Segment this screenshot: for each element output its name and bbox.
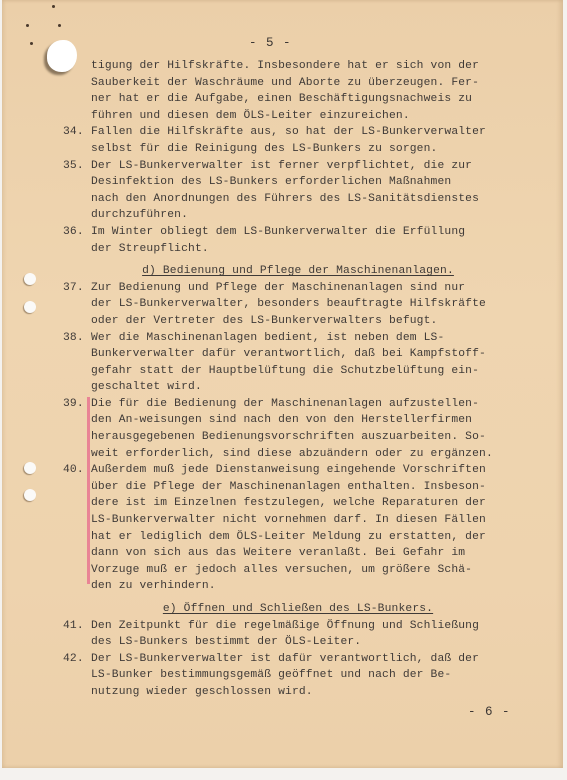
- paragraph-41: 41. Den Zeitpunkt für die regelmäßige Öf…: [63, 618, 533, 651]
- paragraph-38: 38. Wer die Maschinenanlagen bedient, is…: [63, 330, 533, 396]
- section-e-heading: e) Öffnen und Schließen des LS-Bunkers.: [63, 601, 533, 618]
- page-number-top: - 5 -: [249, 36, 292, 50]
- punch-hole: [24, 462, 36, 474]
- speck: [30, 42, 33, 45]
- punch-hole: [24, 489, 36, 501]
- continuation-paragraph: tigung der Hilfskräfte. Insbesondere hat…: [63, 58, 533, 124]
- document-page: - 5 - tigung der Hilfskräfte. Insbesonde…: [2, 0, 563, 768]
- paragraph-36: 36. Im Winter obliegt dem LS-Bunkerverwa…: [63, 224, 533, 257]
- page-number-bottom: - 6 -: [468, 705, 511, 719]
- paragraph-40: 40. Außerdem muß jede Dienstanweisung ei…: [63, 462, 533, 595]
- punch-hole: [24, 273, 36, 285]
- speck: [26, 24, 29, 27]
- paragraph-37: 37. Zur Bedienung und Pflege der Maschin…: [63, 280, 533, 330]
- speck: [58, 24, 61, 27]
- section-d-heading: d) Bedienung und Pflege der Maschinenanl…: [63, 263, 533, 280]
- punch-hole: [24, 301, 36, 313]
- paragraph-34: 34. Fallen die Hilfskräfte aus, so hat d…: [63, 124, 533, 157]
- body-text: tigung der Hilfskräfte. Insbesondere hat…: [63, 58, 533, 701]
- speck: [52, 5, 55, 8]
- paragraph-42: 42. Der LS-Bunkerverwalter ist dafür ver…: [63, 651, 533, 701]
- paragraph-39: 39. Die für die Bedienung der Maschinena…: [63, 396, 533, 462]
- paragraph-35: 35. Der LS-Bunkerverwalter ist ferner ve…: [63, 158, 533, 224]
